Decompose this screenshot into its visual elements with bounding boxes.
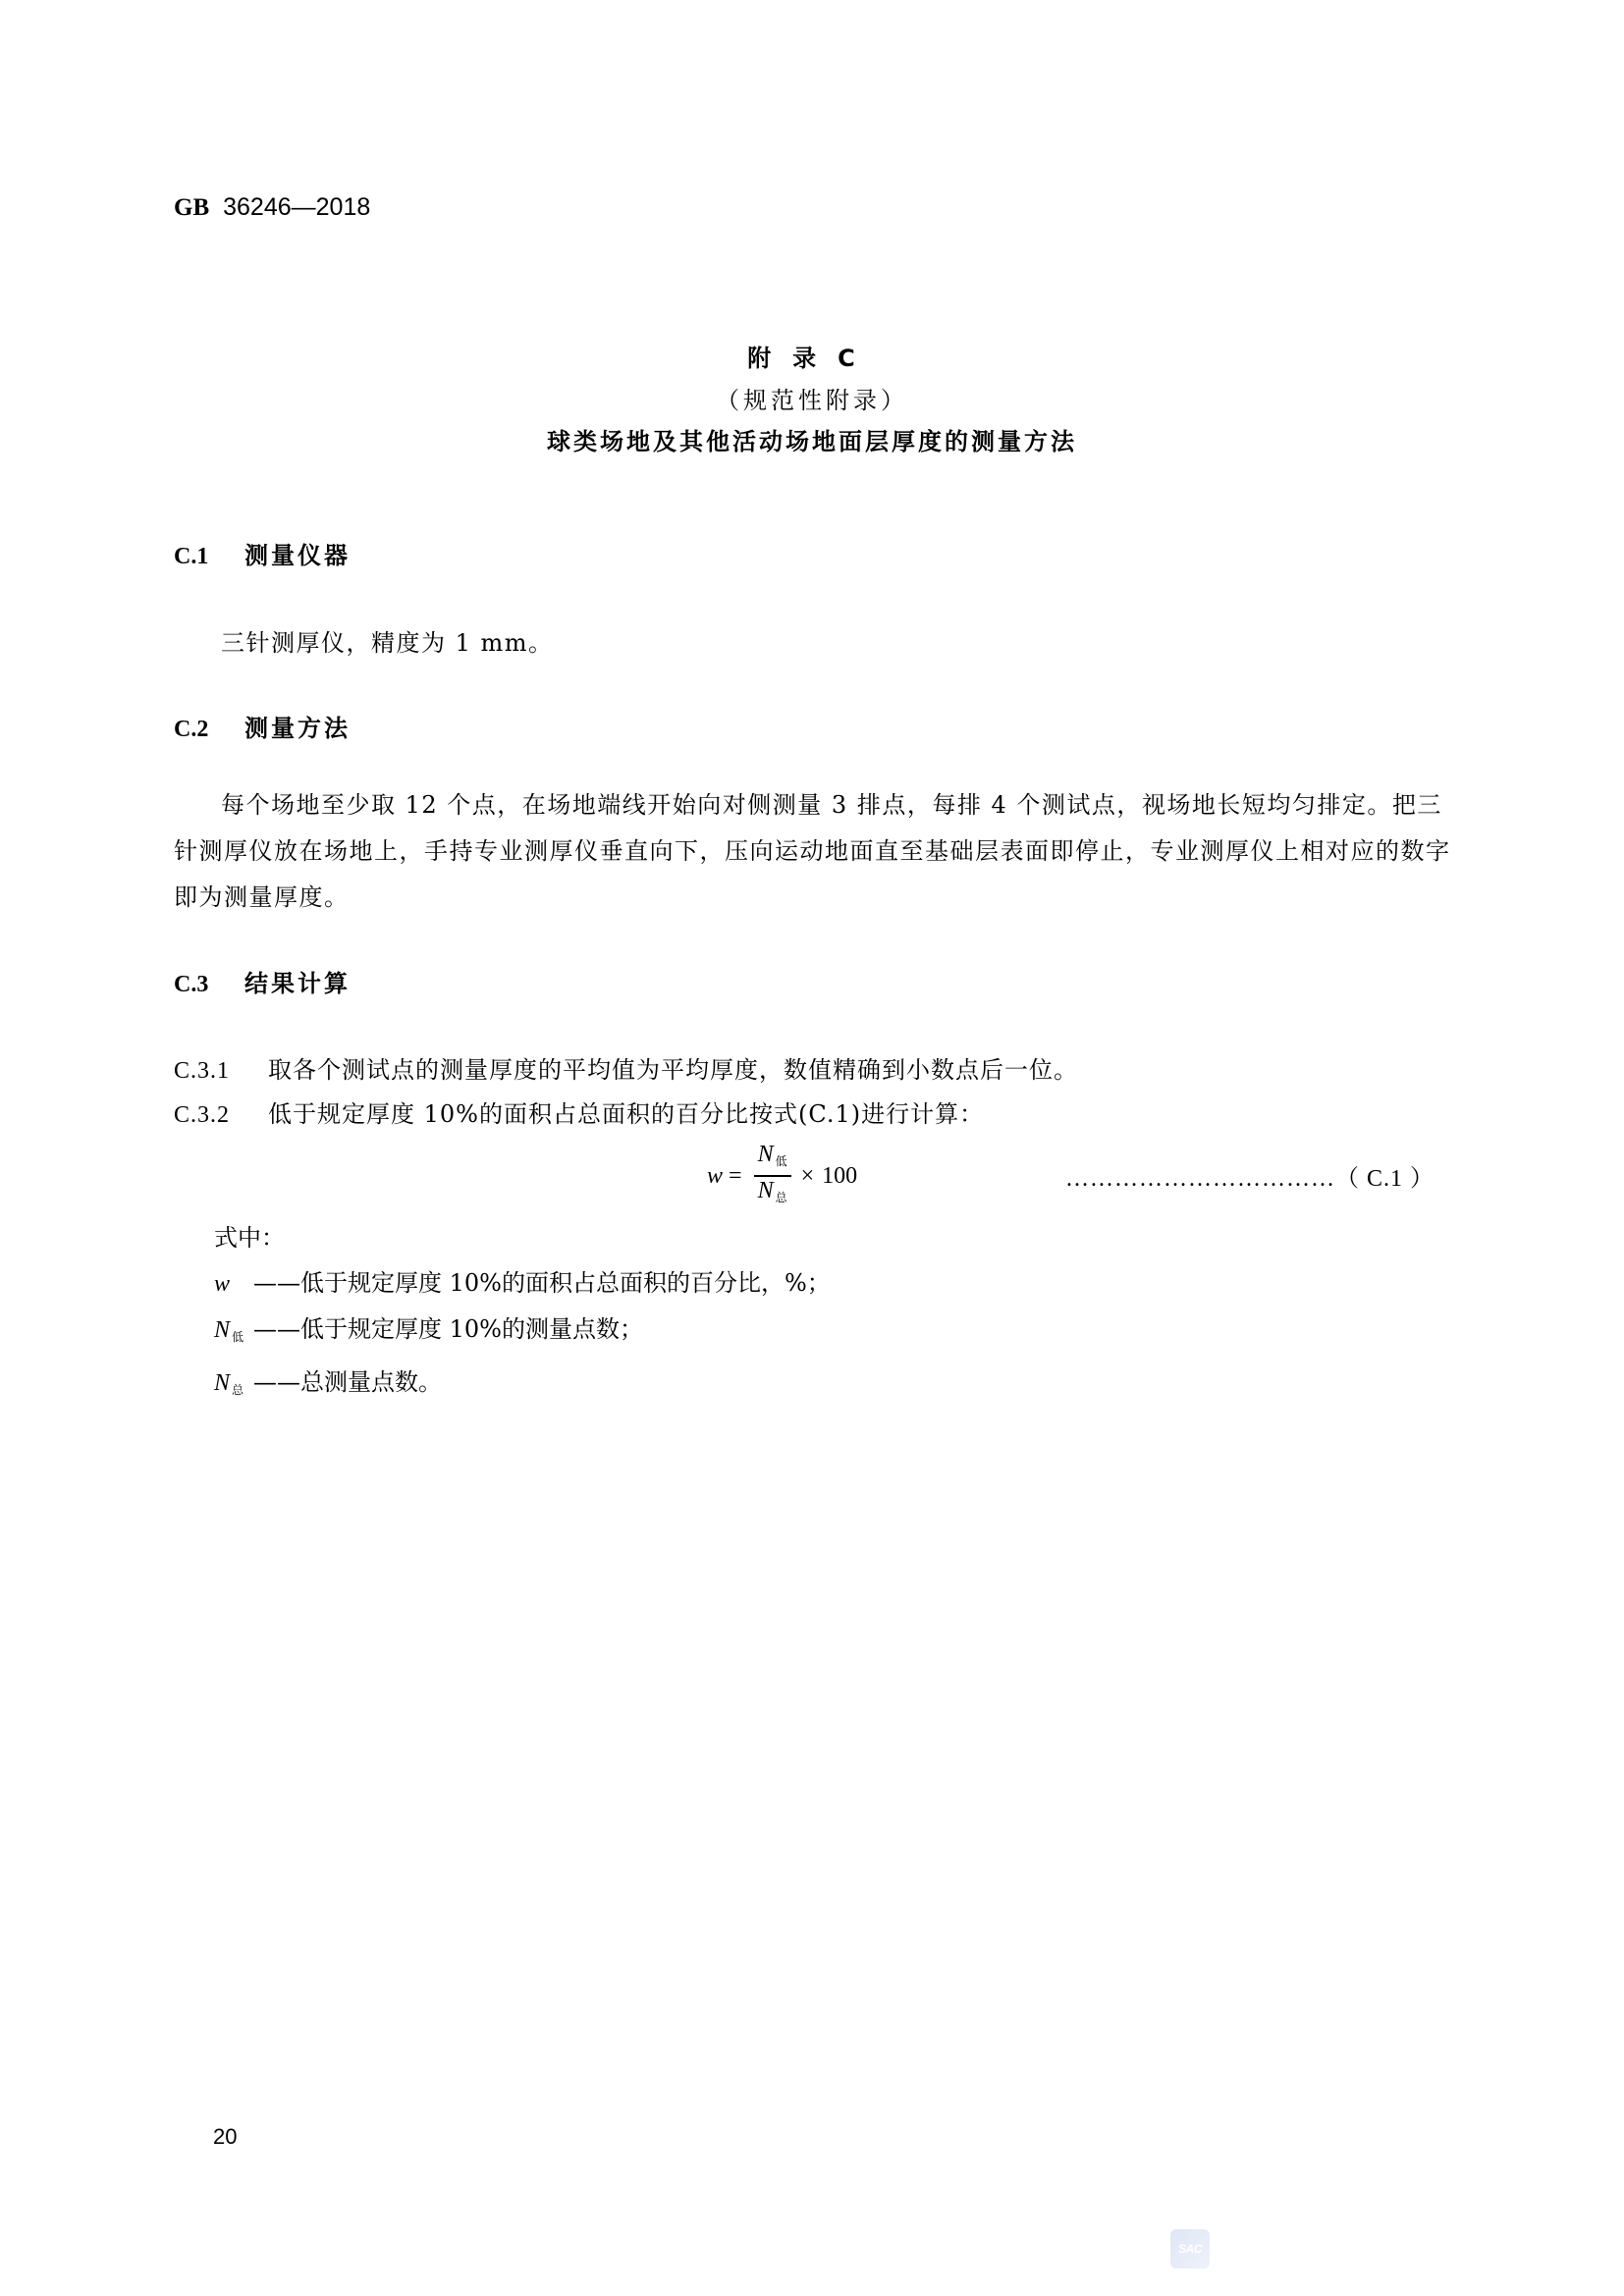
section-body-c2: 每个场地至少取 12 个点，在场地端线开始向对侧测量 3 排点，每排 4 个测试…: [174, 782, 1452, 921]
clause-c3-1: C.3.1取各个测试点的测量厚度的平均值为平均厚度，数值精确到小数点后一位。: [174, 1050, 1078, 1085]
section-number: C.2: [174, 717, 244, 743]
formula-equals: =: [729, 1163, 742, 1190]
definition-item: N总——总测量点数。: [214, 1360, 831, 1413]
definition-desc: ——总测量点数。: [253, 1368, 442, 1396]
definition-symbol: w: [214, 1261, 253, 1307]
definition-symbol: N总: [214, 1361, 253, 1413]
appendix-type: （规范性附录）: [0, 381, 1624, 415]
formula-fraction: N低 N总: [754, 1141, 791, 1211]
formula-factor: 100: [822, 1163, 857, 1190]
formula-c1: w = N低 N总 × 100: [707, 1141, 857, 1211]
appendix-name: 球类场地及其他活动场地面层厚度的测量方法: [0, 422, 1624, 456]
equation-leader: ……………………………: [1065, 1166, 1335, 1192]
section-title: 结果计算: [244, 970, 351, 997]
equation-label: （ C.1 ）: [1335, 1166, 1435, 1192]
clause-text: 取各个测试点的测量厚度的平均值为平均厚度，数值精确到小数点后一位。: [268, 1056, 1078, 1084]
definition-desc: ——低于规定厚度 10%的面积占总面积的百分比，%；: [253, 1269, 831, 1297]
clause-number: C.3.2: [174, 1102, 268, 1129]
section-heading-c1: C.1测量仪器: [174, 536, 351, 570]
standard-number: 36246—2018: [223, 193, 370, 221]
clause-c3-2: C.3.2低于规定厚度 10%的面积占总面积的百分比按式(C.1)进行计算：: [174, 1095, 984, 1129]
standard-code: GB36246—2018: [174, 193, 370, 222]
formula-numerator: N低: [754, 1141, 791, 1175]
sac-logo-icon: SAC: [1170, 2229, 1210, 2269]
formula-lhs: w: [707, 1163, 723, 1190]
formula-times: ×: [801, 1163, 815, 1190]
clause-number: C.3.1: [174, 1058, 268, 1085]
definition-item: w——低于规定厚度 10%的面积占总面积的百分比，%；: [214, 1260, 831, 1307]
section-number: C.1: [174, 544, 244, 570]
definition-desc: ——低于规定厚度 10%的测量点数；: [253, 1315, 643, 1343]
definition-symbol: N低: [214, 1308, 253, 1360]
appendix-title: 附录C: [0, 339, 1624, 373]
section-title: 测量方法: [244, 715, 351, 742]
formula-denominator: N总: [754, 1177, 791, 1211]
section-heading-c3: C.3结果计算: [174, 964, 351, 998]
clause-text: 低于规定厚度 10%的面积占总面积的百分比按式(C.1)进行计算：: [268, 1100, 984, 1128]
definitions-intro: 式中：: [214, 1215, 831, 1260]
formula-definitions: 式中： w——低于规定厚度 10%的面积占总面积的百分比，%； N低——低于规定…: [214, 1215, 831, 1413]
definition-item: N低——低于规定厚度 10%的测量点数；: [214, 1307, 831, 1360]
section-body-c1: 三针测厚仪，精度为 1 mm。: [174, 620, 1450, 667]
section-title: 测量仪器: [244, 542, 351, 569]
equation-number: ……………………………（ C.1 ）: [1065, 1158, 1435, 1193]
section-number: C.3: [174, 972, 244, 998]
page-number: 20: [213, 2124, 237, 2150]
standard-prefix: GB: [174, 194, 209, 221]
section-heading-c2: C.2测量方法: [174, 709, 351, 743]
